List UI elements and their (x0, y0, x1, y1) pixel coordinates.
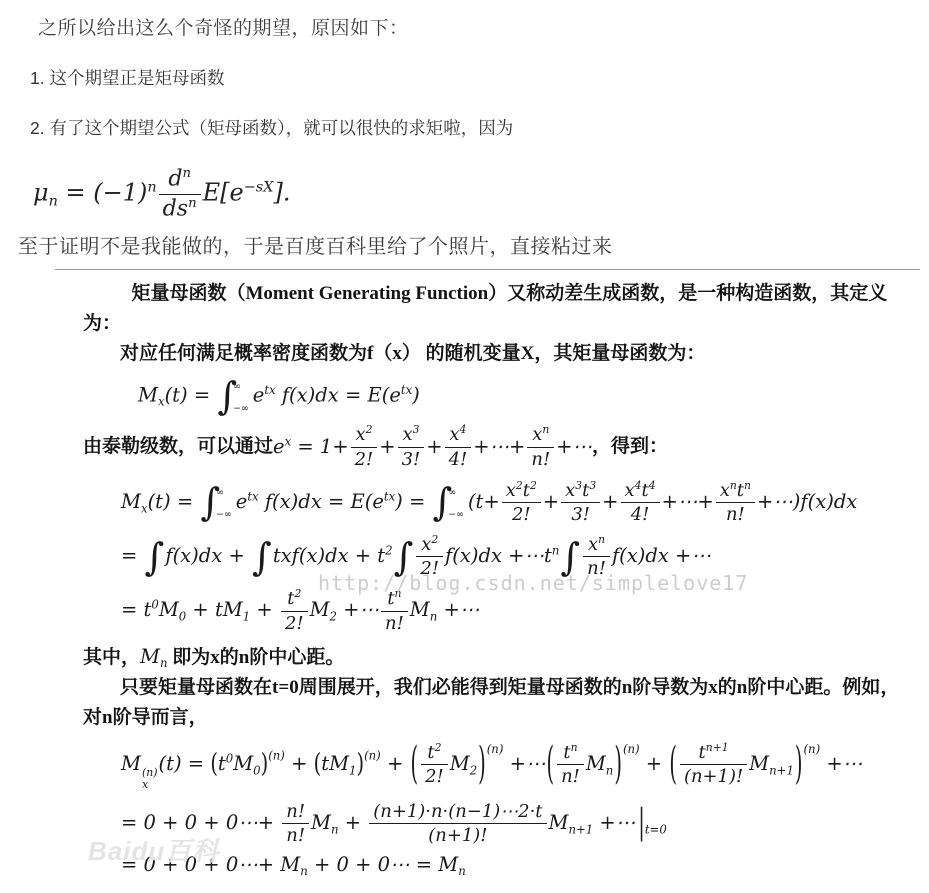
blog-page: { "page": { "background": "#ffffff", "bl… (0, 0, 929, 893)
list-item-1: 1. 这个期望正是矩母函数 (30, 65, 909, 90)
moment-series-formula: = t0M0 + tM1 + t22!M2 +⋯tnn!Mn +⋯ (121, 588, 918, 633)
mgf-expansion-formula: Mx(t) = ∫∞−∞etx f(x)dx = E(etx) = ∫∞−∞(t… (121, 480, 918, 525)
moment-note-suffix: 即为x的n阶中心距。 (168, 647, 345, 668)
nth-derivative-formula: M(n)x(t) = (t0M0)(n) + (tM1)(n) + (t22!M… (121, 742, 918, 792)
taylor-series-formula: ex = 1+x22!+x33!+x44!+⋯+xnn!+⋯ (273, 435, 592, 458)
taylor-prefix-text: 由泰勒级数，可以通过 (83, 437, 273, 458)
baike-definition-paragraph: 对应任何满足概率密度函数为f（x） 的随机变量X，其矩量母函数为： (83, 339, 918, 369)
taylor-series-line: 由泰勒级数，可以通过ex = 1+x22!+x33!+x44!+⋯+xnn!+⋯… (83, 424, 918, 469)
evaluated-at-zero-formula: = 0 + 0 + 0⋯+ n!n!Mn + (n+1)·n·(n−1)⋯2·t… (121, 801, 918, 846)
mgf-definition-formula: Mx(t) = ∫∞−∞etx f(x)dx = E(etx) (138, 378, 918, 414)
final-result-formula: = 0 + 0 + 0⋯+ Mn + 0 + 0⋯ = Mn (121, 855, 918, 878)
moment-note-math: Mn (140, 645, 168, 668)
closing-paragraph: 至于证明不是我能做的，于是百度百科里给了个照片，直接粘过来 (18, 230, 909, 259)
baike-pasted-image: 矩量母函数（Moment Generating Function）又称动差生成函… (55, 269, 920, 878)
moment-note-line: 其中，Mn 即为x的n阶中心距。 (83, 643, 918, 673)
baike-intro-paragraph: 矩量母函数（Moment Generating Function）又称动差生成函… (83, 279, 918, 339)
expansion-note-paragraph: 只要矩量母函数在t=0周围展开，我们必能得到矩量母函数的n阶导数为x的n阶中心距… (83, 673, 918, 733)
intro-paragraph: 之所以给出这么个奇怪的期望，原因如下： (38, 13, 909, 40)
moment-note-prefix: 其中， (83, 647, 140, 668)
blog-content: 之所以给出这么个奇怪的期望，原因如下： 1. 这个期望正是矩母函数 2. 有了这… (0, 0, 929, 259)
list-item-2: 2. 有了这个期望公式（矩母函数），就可以很快的求矩啦，因为 (30, 115, 909, 140)
integral-terms-formula: = ∫f(x)dx + ∫txf(x)dx + t2∫x22!f(x)dx +⋯… (121, 534, 918, 579)
taylor-suffix-text: ，得到： (592, 437, 668, 458)
mu-moment-formula: μn = (−1)ndndsnE[e−sX]. (33, 166, 909, 222)
